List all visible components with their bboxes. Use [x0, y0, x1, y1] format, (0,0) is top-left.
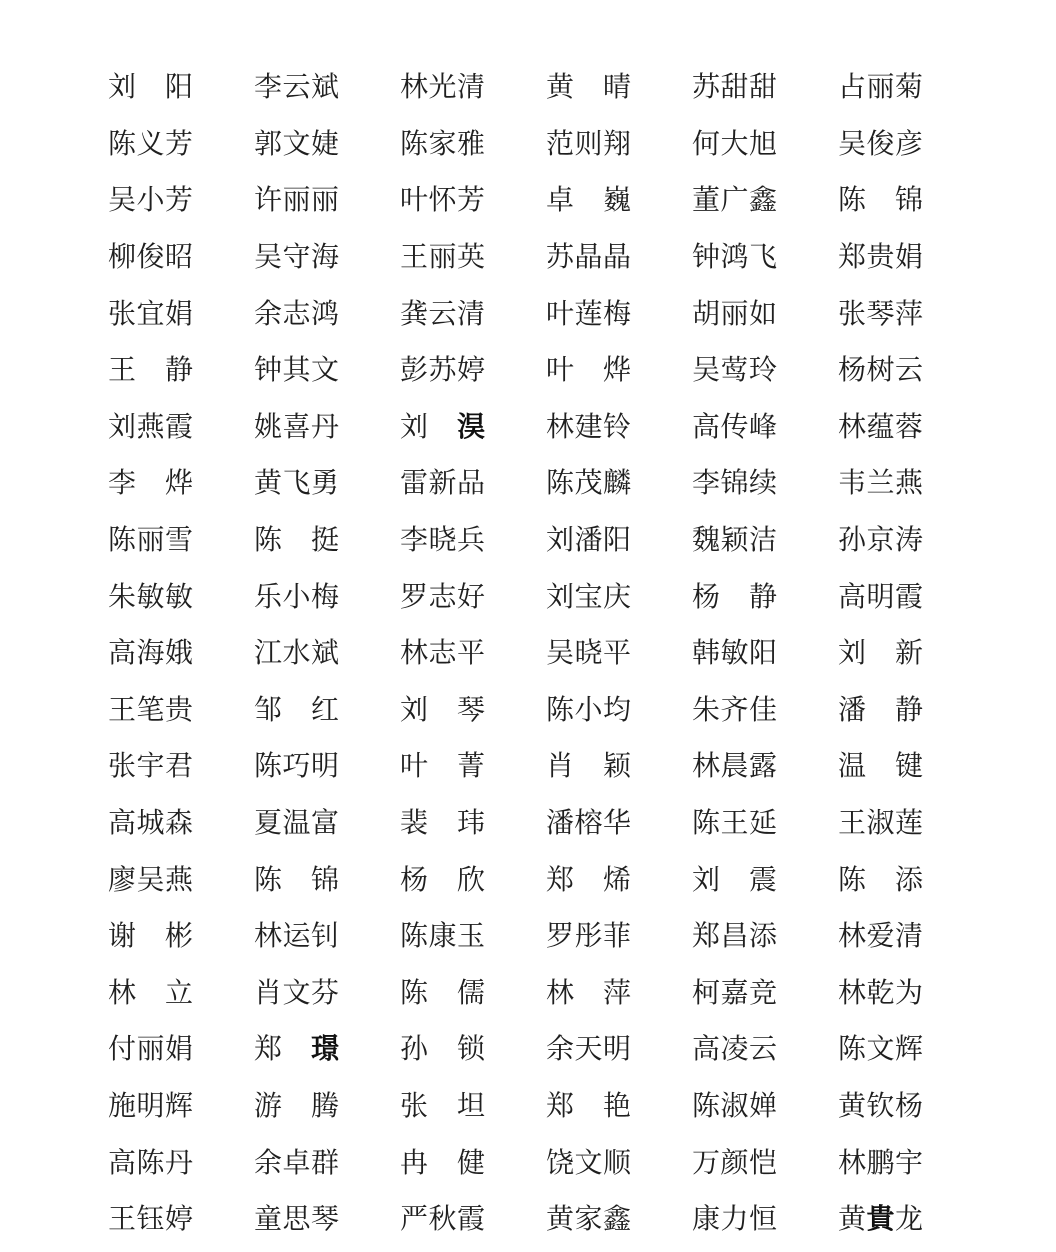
name-cell: 冉 健 [400, 1150, 546, 1178]
name-cell: 陈义芳 [108, 131, 254, 159]
name-cell: 钟鸿飞 [692, 244, 838, 272]
name-cell: 杨树云 [838, 357, 984, 385]
name-cell: 罗志好 [400, 584, 546, 612]
name-cell: 叶 烨 [546, 357, 692, 385]
name-cell: 董广鑫 [692, 187, 838, 215]
name-cell: 林晨露 [692, 753, 838, 781]
name-cell: 高凌云 [692, 1036, 838, 1064]
name-cell: 付丽娟 [108, 1036, 254, 1064]
name-cell: 吴守海 [254, 244, 400, 272]
name-cell: 潘榕华 [546, 810, 692, 838]
name-cell: 魏颖洁 [692, 527, 838, 555]
name-list-page: 刘 阳李云斌林光清黄 晴苏甜甜占丽菊陈义芳郭文婕陈家雅范则翔何大旭吴俊彦吴小芳许… [0, 0, 1056, 1252]
name-cell: 陈家雅 [400, 131, 546, 159]
name-cell: 黄 晴 [546, 74, 692, 102]
name-cell: 陈文辉 [838, 1036, 984, 1064]
name-cell: 黄家鑫 [546, 1206, 692, 1234]
name-cell: 姚喜丹 [254, 414, 400, 442]
name-cell: 江水斌 [254, 640, 400, 668]
name-cell: 林 立 [108, 980, 254, 1008]
name-cell: 郑贵娟 [838, 244, 984, 272]
name-cell: 高陈丹 [108, 1150, 254, 1178]
name-cell: 陈王延 [692, 810, 838, 838]
name-cell: 王淑莲 [838, 810, 984, 838]
name-cell: 黄钦杨 [838, 1093, 984, 1121]
name-cell: 刘 震 [692, 867, 838, 895]
name-cell: 高传峰 [692, 414, 838, 442]
name-cell: 王 静 [108, 357, 254, 385]
name-cell: 康力恒 [692, 1206, 838, 1234]
name-cell: 林爱清 [838, 923, 984, 951]
name-cell: 高城森 [108, 810, 254, 838]
name-cell: 柯嘉竞 [692, 980, 838, 1008]
name-cell: 林光清 [400, 74, 546, 102]
name-cell: 陈巧明 [254, 753, 400, 781]
name-cell: 林志平 [400, 640, 546, 668]
name-cell: 郑 烯 [546, 867, 692, 895]
name-cell: 游 腾 [254, 1093, 400, 1121]
name-cell: 王笔贵 [108, 697, 254, 725]
name-cell: 韦兰燕 [838, 470, 984, 498]
name-cell: 苏甜甜 [692, 74, 838, 102]
name-cell: 苏晶晶 [546, 244, 692, 272]
name-cell: 刘 阳 [108, 74, 254, 102]
name-cell: 夏温富 [254, 810, 400, 838]
name-cell: 朱敏敏 [108, 584, 254, 612]
name-cell: 韩敏阳 [692, 640, 838, 668]
name-cell: 郑 璟 [254, 1036, 400, 1064]
name-cell: 邹 红 [254, 697, 400, 725]
name-cell: 许丽丽 [254, 187, 400, 215]
name-cell: 王钰婷 [108, 1206, 254, 1234]
name-cell: 陈淑婵 [692, 1093, 838, 1121]
name-cell: 裴 玮 [400, 810, 546, 838]
name-cell: 余天明 [546, 1036, 692, 1064]
name-cell: 刘宝庆 [546, 584, 692, 612]
name-cell: 刘燕霞 [108, 414, 254, 442]
name-cell: 肖 颖 [546, 753, 692, 781]
name-cell: 钟其文 [254, 357, 400, 385]
name-cell: 吴晓平 [546, 640, 692, 668]
name-cell: 郑 艳 [546, 1093, 692, 1121]
name-cell: 严秋霞 [400, 1206, 546, 1234]
name-cell: 林鹏宇 [838, 1150, 984, 1178]
name-cell: 朱齐佳 [692, 697, 838, 725]
name-cell: 王丽英 [400, 244, 546, 272]
name-cell: 饶文顺 [546, 1150, 692, 1178]
name-cell: 雷新品 [400, 470, 546, 498]
name-cell: 罗彤菲 [546, 923, 692, 951]
name-cell: 张琴萍 [838, 301, 984, 329]
name-cell: 黄貴龙 [838, 1206, 984, 1234]
name-cell: 孙京涛 [838, 527, 984, 555]
name-cell: 黄飞勇 [254, 470, 400, 498]
name-cell: 万颜恺 [692, 1150, 838, 1178]
name-cell: 余志鸿 [254, 301, 400, 329]
name-cell: 李晓兵 [400, 527, 546, 555]
name-cell: 孙 锁 [400, 1036, 546, 1064]
name-cell: 高明霞 [838, 584, 984, 612]
name-cell: 张 坦 [400, 1093, 546, 1121]
name-cell: 高海娥 [108, 640, 254, 668]
name-cell: 李 烨 [108, 470, 254, 498]
name-cell: 吴俊彦 [838, 131, 984, 159]
name-cell: 叶 菁 [400, 753, 546, 781]
name-cell: 林建铃 [546, 414, 692, 442]
name-cell: 何大旭 [692, 131, 838, 159]
name-cell: 潘 静 [838, 697, 984, 725]
name-cell: 郑昌添 [692, 923, 838, 951]
name-cell: 温 键 [838, 753, 984, 781]
name-cell: 乐小梅 [254, 584, 400, 612]
name-cell: 杨 静 [692, 584, 838, 612]
name-cell: 李锦续 [692, 470, 838, 498]
name-cell: 占丽菊 [838, 74, 984, 102]
name-grid: 刘 阳李云斌林光清黄 晴苏甜甜占丽菊陈义芳郭文婕陈家雅范则翔何大旭吴俊彦吴小芳许… [108, 60, 1056, 1248]
name-cell: 胡丽如 [692, 301, 838, 329]
name-cell: 陈 锦 [254, 867, 400, 895]
name-cell: 彭苏婷 [400, 357, 546, 385]
name-cell: 叶怀芳 [400, 187, 546, 215]
name-cell: 陈小均 [546, 697, 692, 725]
name-cell: 余卓群 [254, 1150, 400, 1178]
name-cell: 童思琴 [254, 1206, 400, 1234]
name-cell: 刘 新 [838, 640, 984, 668]
name-cell: 谢 彬 [108, 923, 254, 951]
name-cell: 陈丽雪 [108, 527, 254, 555]
name-cell: 龚云清 [400, 301, 546, 329]
name-cell: 李云斌 [254, 74, 400, 102]
name-cell: 叶莲梅 [546, 301, 692, 329]
name-cell: 林 萍 [546, 980, 692, 1008]
name-cell: 陈 儒 [400, 980, 546, 1008]
name-cell: 施明辉 [108, 1093, 254, 1121]
name-cell: 刘 淏 [400, 414, 546, 442]
name-cell: 林蕴蓉 [838, 414, 984, 442]
name-cell: 廖吴燕 [108, 867, 254, 895]
name-cell: 卓 巍 [546, 187, 692, 215]
name-cell: 吴莺玲 [692, 357, 838, 385]
name-cell: 陈 锦 [838, 187, 984, 215]
name-cell: 刘潘阳 [546, 527, 692, 555]
name-cell: 肖文芬 [254, 980, 400, 1008]
name-cell: 范则翔 [546, 131, 692, 159]
name-cell: 林运钊 [254, 923, 400, 951]
name-cell: 杨 欣 [400, 867, 546, 895]
name-cell: 陈茂麟 [546, 470, 692, 498]
name-cell: 张宜娟 [108, 301, 254, 329]
name-cell: 柳俊昭 [108, 244, 254, 272]
name-cell: 张宇君 [108, 753, 254, 781]
name-cell: 郭文婕 [254, 131, 400, 159]
name-cell: 吴小芳 [108, 187, 254, 215]
name-cell: 陈 挺 [254, 527, 400, 555]
name-cell: 林乾为 [838, 980, 984, 1008]
name-cell: 刘 琴 [400, 697, 546, 725]
name-cell: 陈康玉 [400, 923, 546, 951]
name-cell: 陈 添 [838, 867, 984, 895]
